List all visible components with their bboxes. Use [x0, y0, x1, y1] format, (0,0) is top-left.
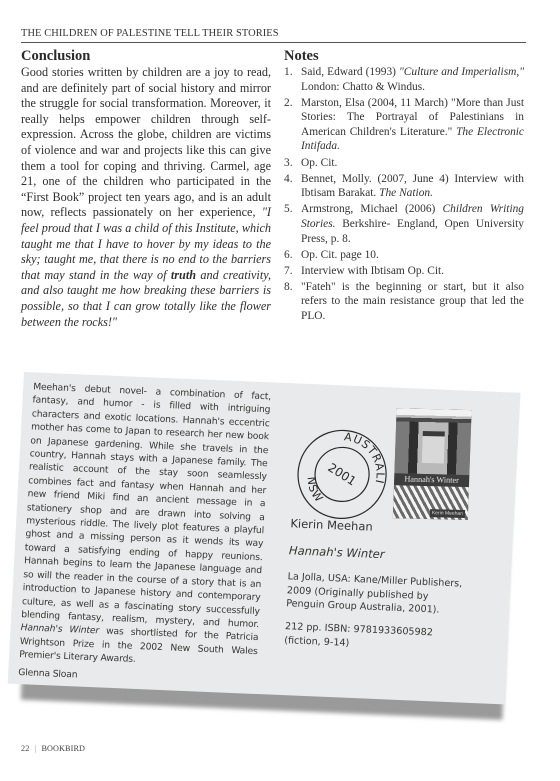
note-text: Interview with Ibtisam Op. Cit.: [301, 265, 444, 277]
note-number: 8.: [284, 280, 293, 295]
note-number: 5.: [284, 202, 293, 217]
note-number: 6.: [284, 248, 293, 263]
postmark-icon: AUSTRALIA 2001 NSW: [294, 427, 391, 523]
book-cover-stamp: Hannah's Winter Kerin Meehan: [393, 408, 472, 520]
review-book-title: Hannah's Winter: [20, 622, 99, 636]
note-item: 6.Op. Cit. page 10.: [284, 248, 524, 263]
note-text: Op. Cit. page 10.: [301, 249, 379, 261]
note-item: 8."Fateh" is the beginning or start, but…: [284, 280, 524, 324]
stamp-author-tag: Kerin Meehan: [430, 509, 465, 518]
book-title: Hannah's Winter: [289, 543, 385, 561]
journal-name: BOOKBIRD: [41, 744, 85, 753]
notes-list: 1.Said, Edward (1993) "Culture and Imper…: [284, 65, 524, 324]
reviewer-name: Glenna Sloan: [18, 666, 256, 689]
page-footer: 22 | BOOKBIRD: [21, 744, 85, 753]
note-text: Armstrong, Michael (2006): [301, 203, 443, 215]
note-item: 4.Bennet, Molly. (2007, June 4) Intervie…: [284, 172, 524, 201]
running-title: THE CHILDREN OF PALESTINE TELL THEIR STO…: [21, 28, 279, 39]
conclusion-text: Good stories written by children are a j…: [21, 65, 271, 219]
note-item: 1.Said, Edward (1993) "Culture and Imper…: [284, 65, 524, 94]
note-number: 3.: [284, 156, 293, 171]
note-item: 2.Marston, Elsa (2004, 11 March) "More t…: [284, 96, 524, 154]
review-body: Meehan's debut novel- a combination of f…: [21, 381, 271, 630]
stamp-gate-shape: [422, 431, 445, 464]
publication-info: La Jolla, USA: Kane/Miller Publishers, 2…: [286, 570, 466, 618]
postcard: Meehan's debut novel- a combination of f…: [8, 372, 521, 704]
note-italic: The Nation.: [379, 187, 433, 199]
page-number: 22: [21, 744, 29, 753]
footer-separator: |: [35, 744, 37, 753]
note-item: 3.Op. Cit.: [284, 156, 524, 171]
note-number: 2.: [284, 96, 293, 111]
running-head: THE CHILDREN OF PALESTINE TELL THEIR STO…: [21, 28, 526, 43]
quote-bold-word: truth: [171, 268, 196, 282]
note-text: Said, Edward (1993): [301, 66, 399, 78]
notes-heading: Notes: [284, 48, 524, 65]
note-italic: "Culture and Imperialism,": [399, 66, 524, 78]
review-text: Meehan's debut novel- a combination of f…: [18, 380, 271, 689]
conclusion-heading: Conclusion: [21, 48, 271, 65]
isbn-info: 212 pp. ISBN: 9781933605982 (fiction, 9-…: [284, 620, 463, 655]
note-text: Op. Cit.: [301, 157, 337, 169]
note-number: 4.: [284, 172, 293, 187]
conclusion-paragraph: Good stories written by children are a j…: [21, 65, 271, 330]
postmark-year: 2001: [325, 460, 358, 488]
conclusion-section: Conclusion Good stories written by child…: [21, 48, 271, 330]
note-text: "Fateh" is the beginning or start, but i…: [301, 281, 524, 322]
book-author: Kierin Meehan: [290, 516, 373, 533]
note-number: 7.: [284, 264, 293, 279]
note-item: 5.Armstrong, Michael (2006) Children Wri…: [284, 202, 524, 246]
notes-section: Notes 1.Said, Edward (1993) "Culture and…: [284, 48, 524, 325]
note-text-end: London: Chatto & Windus.: [301, 81, 425, 93]
note-item: 7.Interview with Ibtisam Op. Cit.: [284, 264, 524, 279]
note-number: 1.: [284, 65, 293, 80]
